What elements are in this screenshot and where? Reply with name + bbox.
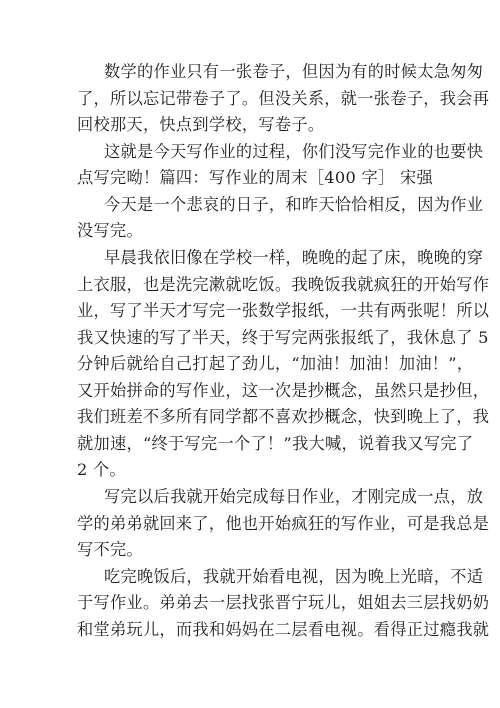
text-line: 上衣服，也是洗完漱就吃饭。我晚饭我就疯狂的开始写作 <box>77 274 413 301</box>
text-line: 今天是一个悲哀的日子，和昨天恰恰相反，因为作业 <box>77 194 413 221</box>
document-page: 数学的作业只有一张卷子，但因为有的时候太急匆匆 了，所以忘记带卷子了。但没关系，… <box>0 0 500 708</box>
text-line: 这就是今天写作业的过程，你们没写完作业的也要快 <box>77 141 413 168</box>
text-line: 学的弟弟就回来了，他也开始疯狂的写作业，可是我总是 <box>77 513 413 540</box>
text-line: 我们班差不多所有同学都不喜欢抄概念，快到晚上了，我 <box>77 406 413 433</box>
text-line: 回校那天，快点到学校，写卷子。 <box>77 114 413 141</box>
text-line: 业，写了半天才写完一张数学报纸，一共有两张呢！所以 <box>77 300 413 327</box>
text-line: 分钟后就给自己打起了劲儿，“加油！加油！加油！”， <box>77 353 413 380</box>
text-line: 吃完晚饭后，我就开始看电视，因为晚上光暗，不适 <box>77 566 413 593</box>
text-line: 数学的作业只有一张卷子，但因为有的时候太急匆匆 <box>77 61 413 88</box>
text-line: 了，所以忘记带卷子了。但没关系，就一张卷子，我会再 <box>77 88 413 115</box>
text-line: 写不完。 <box>77 539 413 566</box>
text-line: 点写完呦！篇四：写作业的周末［400 字］ 宋强 <box>77 167 413 194</box>
text-line: 就加速，“终于写完一个了！”我大喊，说着我又写完了 <box>77 433 413 460</box>
text-line: 写完以后我就开始完成每日作业，才刚完成一点，放 <box>77 486 413 513</box>
text-line: 和堂弟玩儿，而我和妈妈在二层看电视。看得正过瘾我就 <box>77 619 413 646</box>
text-line: 于写作业。弟弟去一层找张晋宁玩儿，姐姐去三层找奶奶 <box>77 592 413 619</box>
text-line: 我又快速的写了半天，终于写完两张报纸了，我休息了 5 <box>77 327 413 354</box>
text-line: 没写完。 <box>77 220 413 247</box>
text-line: 2 个。 <box>77 459 413 486</box>
text-line: 早晨我依旧像在学校一样，晚晚的起了床，晚晚的穿 <box>77 247 413 274</box>
text-line: 又开始拼命的写作业，这一次是抄概念，虽然只是抄但， <box>77 380 413 407</box>
document-body: 数学的作业只有一张卷子，但因为有的时候太急匆匆 了，所以忘记带卷子了。但没关系，… <box>77 61 413 645</box>
